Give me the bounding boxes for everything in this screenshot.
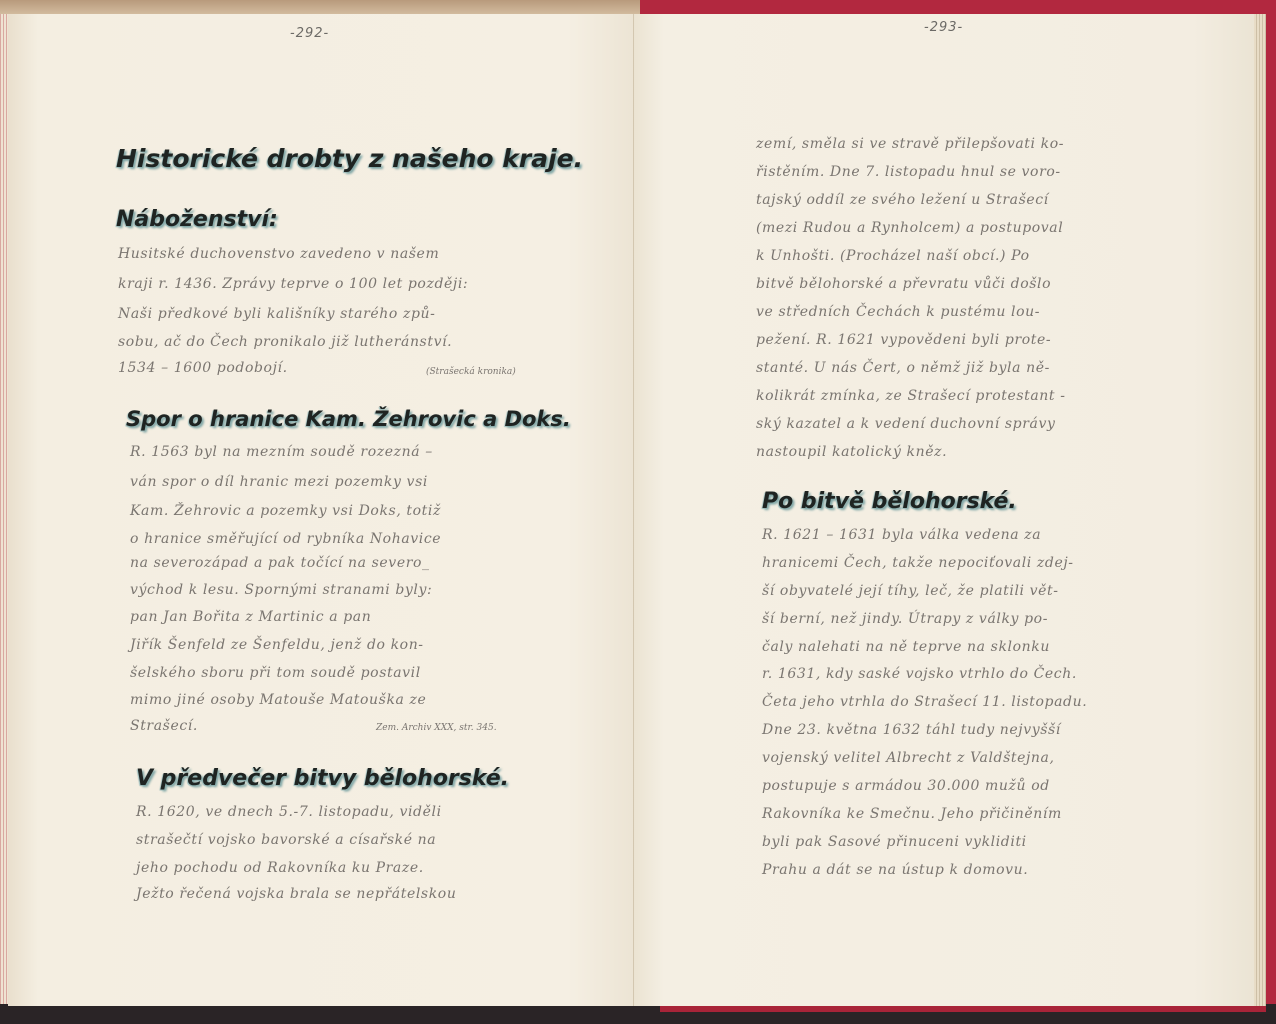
- text-line: Dne 23. května 1632 táhl tudy nejvyšší: [762, 722, 1061, 738]
- text-line: Ježto řečená vojska brala se nepřátelsko…: [136, 886, 456, 902]
- text-line: jeho pochodu od Rakovníka ku Praze.: [136, 860, 424, 876]
- text-line: ší obyvatelé její tíhy, leč, že platili …: [762, 583, 1059, 599]
- text-line: Husitské duchovenstvo zavedeno v našem: [118, 246, 439, 262]
- text-line: Četa jeho vtrhla do Strašecí 11. listopa…: [762, 694, 1087, 710]
- text-line: byli pak Sasové přinuceni vykliditi: [762, 834, 1027, 850]
- text-line: hranicemi Čech, takže nepociťovali zdej-: [762, 555, 1074, 571]
- text-line: na severozápad a pak točící na severo_: [130, 555, 430, 571]
- text-line: Strašecí.: [130, 718, 198, 734]
- text-line: zemí, směla si ve stravě přilepšovati ko…: [756, 136, 1064, 152]
- text-line: šelského sboru při tom soudě postavil: [130, 665, 421, 681]
- text-line: čaly nalehati na ně teprve na sklonku: [762, 639, 1050, 655]
- text-line: tajský oddíl ze svého ležení u Strašecí: [756, 192, 1049, 208]
- text-line: k Unhošti. (Procházel naší obcí.) Po: [756, 248, 1030, 264]
- book-cover-right-edge: [1266, 0, 1276, 1024]
- text-line: 1534 – 1600 podobojí.: [118, 360, 288, 376]
- text-line: strašečtí vojsko bavorské a císařské na: [136, 832, 436, 848]
- text-line: R. 1621 – 1631 byla válka vedena za: [762, 527, 1041, 543]
- text-line: pežení. R. 1621 vypovědeni byli prote-: [756, 332, 1051, 348]
- text-line: (mezi Rudou a Rynholcem) a postupoval: [756, 220, 1063, 236]
- text-line: bitvě bělohorské a převratu vůči došlo: [756, 276, 1051, 292]
- text-line: ván spor o díl hranic mezi pozemky vsi: [130, 474, 428, 490]
- page-number: -293-: [924, 20, 963, 35]
- page-stack-edge-right: [1254, 14, 1266, 1006]
- text-line: R. 1563 byl na mezním soudě rozezná –: [130, 444, 433, 460]
- source-note: Zem. Archiv XXX, str. 345.: [376, 723, 497, 733]
- text-line: řistěním. Dne 7. listopadu hnul se voro-: [756, 164, 1061, 180]
- text-line: ší berní, než jindy. Útrapy z války po-: [762, 611, 1048, 627]
- text-line: ve středních Čechách k pustému lou-: [756, 304, 1040, 320]
- left-page: -292- Historické drobty z našeho kraje. …: [8, 14, 634, 1006]
- text-line: stanté. U nás Čert, o němž již byla ně-: [756, 360, 1050, 376]
- book-cover-top-right: [640, 0, 1276, 14]
- text-line: R. 1620, ve dnech 5.-7. listopadu, viděl…: [136, 804, 442, 820]
- section-heading: Spor o hranice Kam. Žehrovic a Doks.: [126, 407, 571, 431]
- text-line: r. 1631, kdy saské vojsko vtrhlo do Čech…: [762, 666, 1077, 682]
- text-line: Prahu a dát se na ústup k domovu.: [762, 862, 1028, 878]
- text-line: vojenský velitel Albrecht z Valdštejna,: [762, 750, 1055, 766]
- section-heading: V předvečer bitvy bělohorské.: [136, 766, 509, 791]
- text-line: Kam. Žehrovic a pozemky vsi Doks, totiž: [130, 503, 441, 519]
- page-title: Historické drobty z našeho kraje.: [116, 144, 583, 173]
- source-note: (Strašecká kronika): [426, 367, 516, 377]
- right-page: -293- zemí, směla si ve stravě přilepšov…: [634, 14, 1254, 1006]
- section-heading: Náboženství:: [116, 207, 278, 232]
- text-line: kolikrát zmínka, ze Strašecí protestant …: [756, 388, 1066, 404]
- text-line: mimo jiné osoby Matouše Matouška ze: [130, 692, 426, 708]
- text-line: pan Jan Bořita z Martinic a pan: [130, 609, 371, 625]
- text-line: o hranice směřující od rybníka Nohavice: [130, 531, 441, 547]
- text-line: kraji r. 1436. Zprávy teprve o 100 let p…: [118, 276, 468, 292]
- page-number: -292-: [290, 26, 329, 41]
- text-line: postupuje s armádou 30.000 mužů od: [762, 778, 1050, 794]
- text-line: východ k lesu. Spornými stranami byly:: [130, 582, 432, 598]
- text-line: Rakovníka ke Smečnu. Jeho přičiněním: [762, 806, 1062, 822]
- text-line: Jiřík Šenfeld ze Šenfeldu, jenž do kon-: [130, 637, 424, 653]
- text-line: sobu, ač do Čech pronikalo již lutheráns…: [118, 334, 452, 350]
- text-line: Naši předkové byli kališníky starého způ…: [118, 306, 435, 322]
- text-line: ský kazatel a k vedení duchovní správy: [756, 416, 1055, 432]
- section-heading: Po bitvě bělohorské.: [762, 489, 1017, 514]
- text-line: nastoupil katolický kněz.: [756, 444, 947, 460]
